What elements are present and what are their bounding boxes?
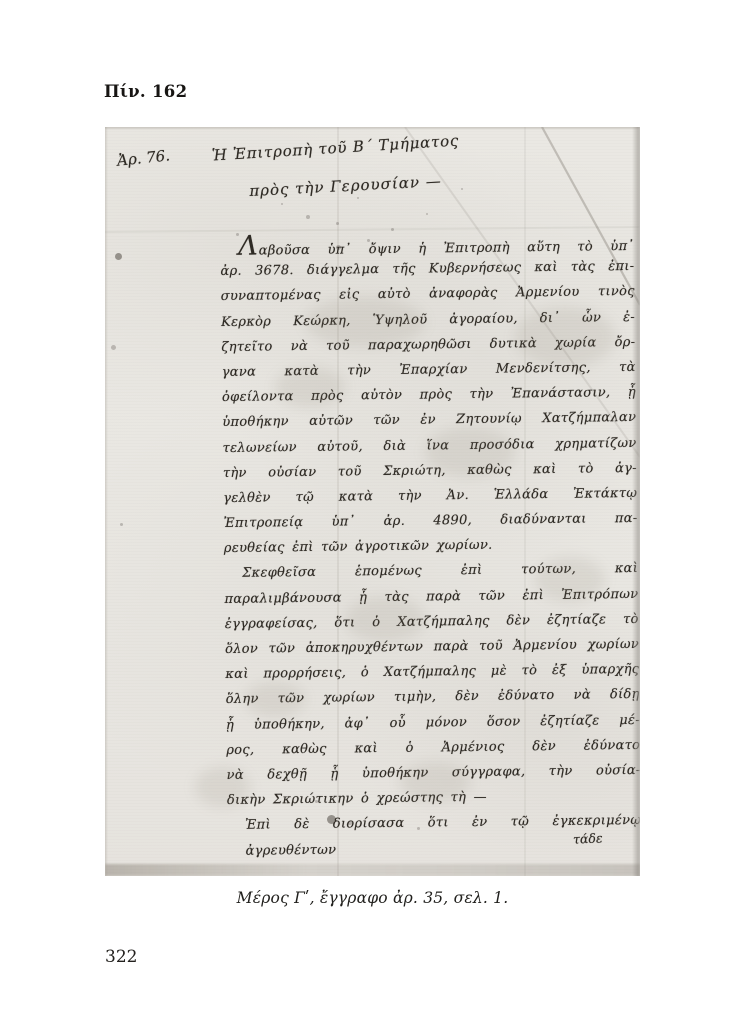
catchword: τάδε [573, 830, 603, 847]
figure-caption: Μέρος Γʹ, ἔγγραφο ἀρ. 35, σελ. 1. [105, 889, 640, 907]
photo-edge-top [105, 127, 640, 130]
show-through-blotch [345, 597, 425, 642]
ink-speck [405, 182, 407, 184]
ink-speck [111, 345, 116, 350]
show-through-blotch [400, 762, 470, 802]
ink-speck [315, 800, 318, 803]
show-through-blotch [275, 367, 345, 407]
show-through-blotch [195, 767, 250, 807]
ink-speck [348, 821, 352, 825]
ink-speck [391, 228, 394, 231]
ink-speck [367, 239, 370, 242]
show-through-blotch [515, 307, 615, 367]
ink-speck [115, 253, 122, 260]
show-through-blotch [535, 557, 605, 602]
ink-speck [236, 233, 239, 236]
photo-edge-right [632, 127, 640, 876]
book-page: { "page": { "plate_label": "Πίν. 162", "… [0, 0, 743, 1027]
manuscript-line: Ἐπιτροπείᾳ ὑπ᾽ ἀρ. 4890, διαδύνανται πα- [223, 506, 637, 536]
show-through-blotch [245, 682, 305, 717]
ink-speck [336, 245, 341, 250]
photo-edge-left [105, 127, 108, 876]
ink-speck [327, 815, 336, 824]
ink-speck [306, 215, 310, 219]
ink-speck [357, 197, 359, 199]
plate-number-label: Πίν. 162 [104, 82, 187, 101]
show-through-blotch [425, 427, 515, 477]
ink-speck [255, 192, 258, 195]
ink-speck [336, 222, 339, 225]
ink-speck [417, 827, 420, 830]
scanned-document-photo: Ἀρ. 76. Ἡ Ἐπιτροπὴ τοῦ Β΄ Τμήματος πρὸς … [105, 127, 640, 876]
ink-speck [120, 523, 123, 526]
page-number: 322 [105, 947, 137, 967]
ink-speck [461, 188, 463, 190]
show-through-blotch [305, 297, 425, 347]
ink-speck [426, 213, 428, 215]
ink-speck [281, 203, 283, 205]
photo-edge-bottom [105, 864, 640, 876]
